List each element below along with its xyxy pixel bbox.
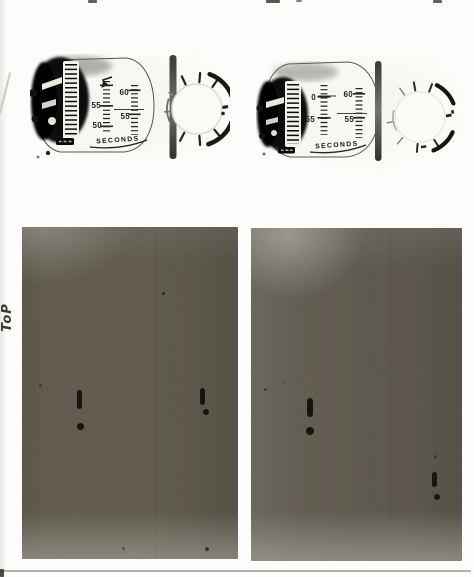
drum-counter-window	[31, 57, 89, 143]
drum-ruler-strip	[63, 61, 79, 139]
dial-small-hook	[421, 146, 426, 147]
photo-speck	[46, 151, 50, 155]
drum-ruler-strip	[285, 81, 301, 147]
film-grain	[22, 227, 238, 559]
film-mark-dash	[433, 0, 442, 3]
case-knob	[257, 105, 264, 112]
film-mark-speck	[183, 274, 185, 276]
radiograph-right	[251, 228, 462, 561]
dial-right-dash	[446, 115, 452, 116]
dial-small-dash	[452, 110, 453, 114]
scanned-photo-page: 55 50 60 55 SECONDS	[0, 0, 474, 577]
right-scale-lower-label: 55	[345, 115, 355, 124]
instrument-photo-left: 55 50 60 55 SECONDS	[30, 53, 230, 165]
case-knob	[32, 116, 39, 123]
film-mark-speck	[162, 292, 165, 295]
mid-scale-lower-label: 50	[93, 121, 103, 130]
top-orientation-text: ToP	[0, 303, 15, 332]
clock-dial	[388, 83, 454, 152]
maker-logo-plate	[56, 138, 74, 145]
dial-right-dash	[223, 107, 229, 108]
maker-logo-plate	[278, 147, 295, 154]
film-mark-dash	[88, 0, 97, 3]
film-mark-speck	[205, 547, 209, 551]
film-mark-bar	[432, 472, 437, 487]
case-divider-bar	[375, 61, 382, 161]
case-knob	[259, 133, 265, 139]
film-mark-dot	[434, 494, 440, 500]
mid-scale-upper-label: 0	[311, 93, 316, 102]
scan-edge-bottom	[0, 570, 471, 572]
film-mark-speck	[122, 547, 125, 550]
mid-scale-lower-label: 55	[306, 115, 316, 124]
film-mark-bar	[77, 390, 82, 409]
gauge-right: 0 55 60 55 SECONDS	[256, 56, 463, 170]
film-mark-dot	[203, 409, 209, 415]
dial-dot	[221, 112, 225, 116]
mid-scale-upper-label: 55	[92, 101, 102, 110]
film-grain	[251, 228, 462, 561]
film-mark-speck	[264, 388, 267, 391]
right-scale-lower-label: 55	[121, 112, 131, 121]
radiograph-left	[22, 227, 238, 559]
film-mark-speck	[282, 382, 284, 384]
gauge-left: 55 50 60 55 SECONDS	[30, 53, 230, 165]
drum-dot	[277, 84, 284, 91]
instrument-photo-right: 0 55 60 55 SECONDS	[256, 56, 463, 170]
film-mark-dot	[306, 427, 314, 435]
photo-speck	[37, 156, 40, 159]
film-mark-bar	[307, 398, 313, 417]
right-scale-upper-label: 60	[344, 90, 354, 99]
film-mark-bar	[200, 388, 205, 405]
right-scale-upper-label: 60	[120, 88, 130, 97]
film-mark-dash	[296, 0, 302, 2]
film-mark-dot	[77, 423, 84, 430]
film-mark-speck	[434, 455, 437, 459]
film-mark-speck	[39, 384, 42, 387]
film-mark-dash	[266, 0, 280, 3]
photo-speck	[263, 153, 266, 156]
